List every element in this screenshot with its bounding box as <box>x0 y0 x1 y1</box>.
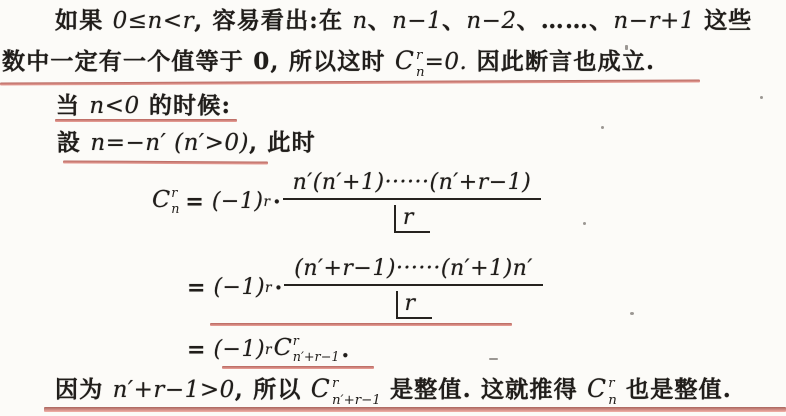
red-underline-paragraph-5 <box>44 407 786 412</box>
math-run: n′+r−1>0 <box>113 377 235 403</box>
exponent: r <box>265 280 272 296</box>
text-run: , 容易看出:在 <box>194 7 352 34</box>
equals-sign: = <box>187 275 205 301</box>
sign-factor: (−1) <box>212 189 264 214</box>
text-run: 、……、 <box>517 7 614 34</box>
text-run: 的时候: <box>140 92 232 119</box>
exponent: r <box>263 194 270 210</box>
math-run: n <box>352 8 367 34</box>
math-run: n<0 <box>89 93 139 119</box>
text-run: 如果 <box>55 7 113 34</box>
factorial-notation: r <box>396 291 432 319</box>
text-run: 也是整值. <box>617 376 732 403</box>
sign-factor: (−1) <box>213 337 265 362</box>
math-run: n−1 <box>392 8 442 34</box>
text-run: 、 <box>368 7 392 34</box>
text-run: 当 <box>56 92 89 119</box>
text-run: , 此时 <box>249 129 316 156</box>
scan-speck <box>601 126 604 129</box>
fraction: (n′+r−1)······(n′+1)n′ r <box>284 256 543 319</box>
math-run: n=−n′ (n′>0) <box>90 130 249 156</box>
sign-factor: (−1) <box>213 275 265 300</box>
paragraph-4: 設 n=−n′ (n′>0), 此时 <box>57 129 316 158</box>
text-run: , 所以 <box>235 376 311 403</box>
text-run: 因为 <box>55 376 113 403</box>
math-run: 0≤n<r <box>113 8 194 34</box>
math-run: n−2 <box>466 8 516 34</box>
red-underline-formula-2 <box>210 323 512 326</box>
red-underline-formula-3 <box>222 366 374 369</box>
paragraph-1: 如果 0≤n<r, 容易看出:在 n、n−1、n−2、……、n−r+1 这些 <box>55 7 752 36</box>
scan-speck <box>583 222 586 225</box>
scan-speck <box>489 358 498 360</box>
numerator: n′(n′+1)······(n′+r−1) <box>283 170 542 200</box>
multiplication-dot: · <box>273 189 281 215</box>
binomial-C-nprime-r: Crn′+r−1 <box>274 333 340 366</box>
factorial-notation: r <box>394 205 430 233</box>
scan-speck <box>625 45 628 50</box>
binomial-C-nprime-r: Crn′+r−1 <box>311 377 381 403</box>
binomial-C-n-r: Crn <box>587 377 617 403</box>
paragraph-5: 因为 n′+r−1>0, 所以 Crn′+r−1 是整值. 这就推得 Crn 也… <box>55 374 732 409</box>
multiplication-dot: · <box>275 275 283 301</box>
text-run: 数中一定有一个值等于 0, 所以这时 <box>2 48 395 75</box>
formula-line-2: = (−1)r · (n′+r−1)······(n′+1)n′ r <box>187 256 543 319</box>
formula-line-3: = (−1)r Crn′+r−1 . <box>187 333 349 366</box>
text-run: 因此断言也成立. <box>467 48 655 75</box>
equals-sign: = <box>185 189 203 215</box>
denominator: r <box>396 286 432 319</box>
text-run: 、 <box>442 7 466 34</box>
math-run: =0. <box>425 49 468 75</box>
period: . <box>341 337 349 363</box>
text-run: 設 <box>57 129 90 156</box>
paragraph-3: 当 n<0 的时候: <box>56 92 231 121</box>
scan-speck <box>630 312 634 315</box>
numerator: (n′+r−1)······(n′+1)n′ <box>284 256 543 286</box>
red-underline-paragraph-4 <box>63 160 268 164</box>
text-run: 这些 <box>695 7 753 34</box>
scan-speck <box>760 96 763 99</box>
scanned-textbook-page: 如果 0≤n<r, 容易看出:在 n、n−1、n−2、……、n−r+1 这些 数… <box>0 0 786 416</box>
math-run: n−r+1 <box>613 8 694 34</box>
formula-line-1: Crn = (−1)r · n′(n′+1)······(n′+r−1) r <box>152 170 541 233</box>
paragraph-2: 数中一定有一个值等于 0, 所以这时 Crn=0. 因此断言也成立. <box>2 46 655 81</box>
denominator: r <box>394 200 430 233</box>
red-underline-paragraph-3 <box>55 119 237 122</box>
binomial-C-n-r: Crn <box>395 49 425 75</box>
equals-sign: = <box>187 337 205 363</box>
binomial-C-n-r: Crn <box>152 185 179 218</box>
fraction: n′(n′+1)······(n′+r−1) r <box>283 170 542 233</box>
exponent: r <box>265 342 272 358</box>
text-run: 是整值. 这就推得 <box>381 376 587 403</box>
